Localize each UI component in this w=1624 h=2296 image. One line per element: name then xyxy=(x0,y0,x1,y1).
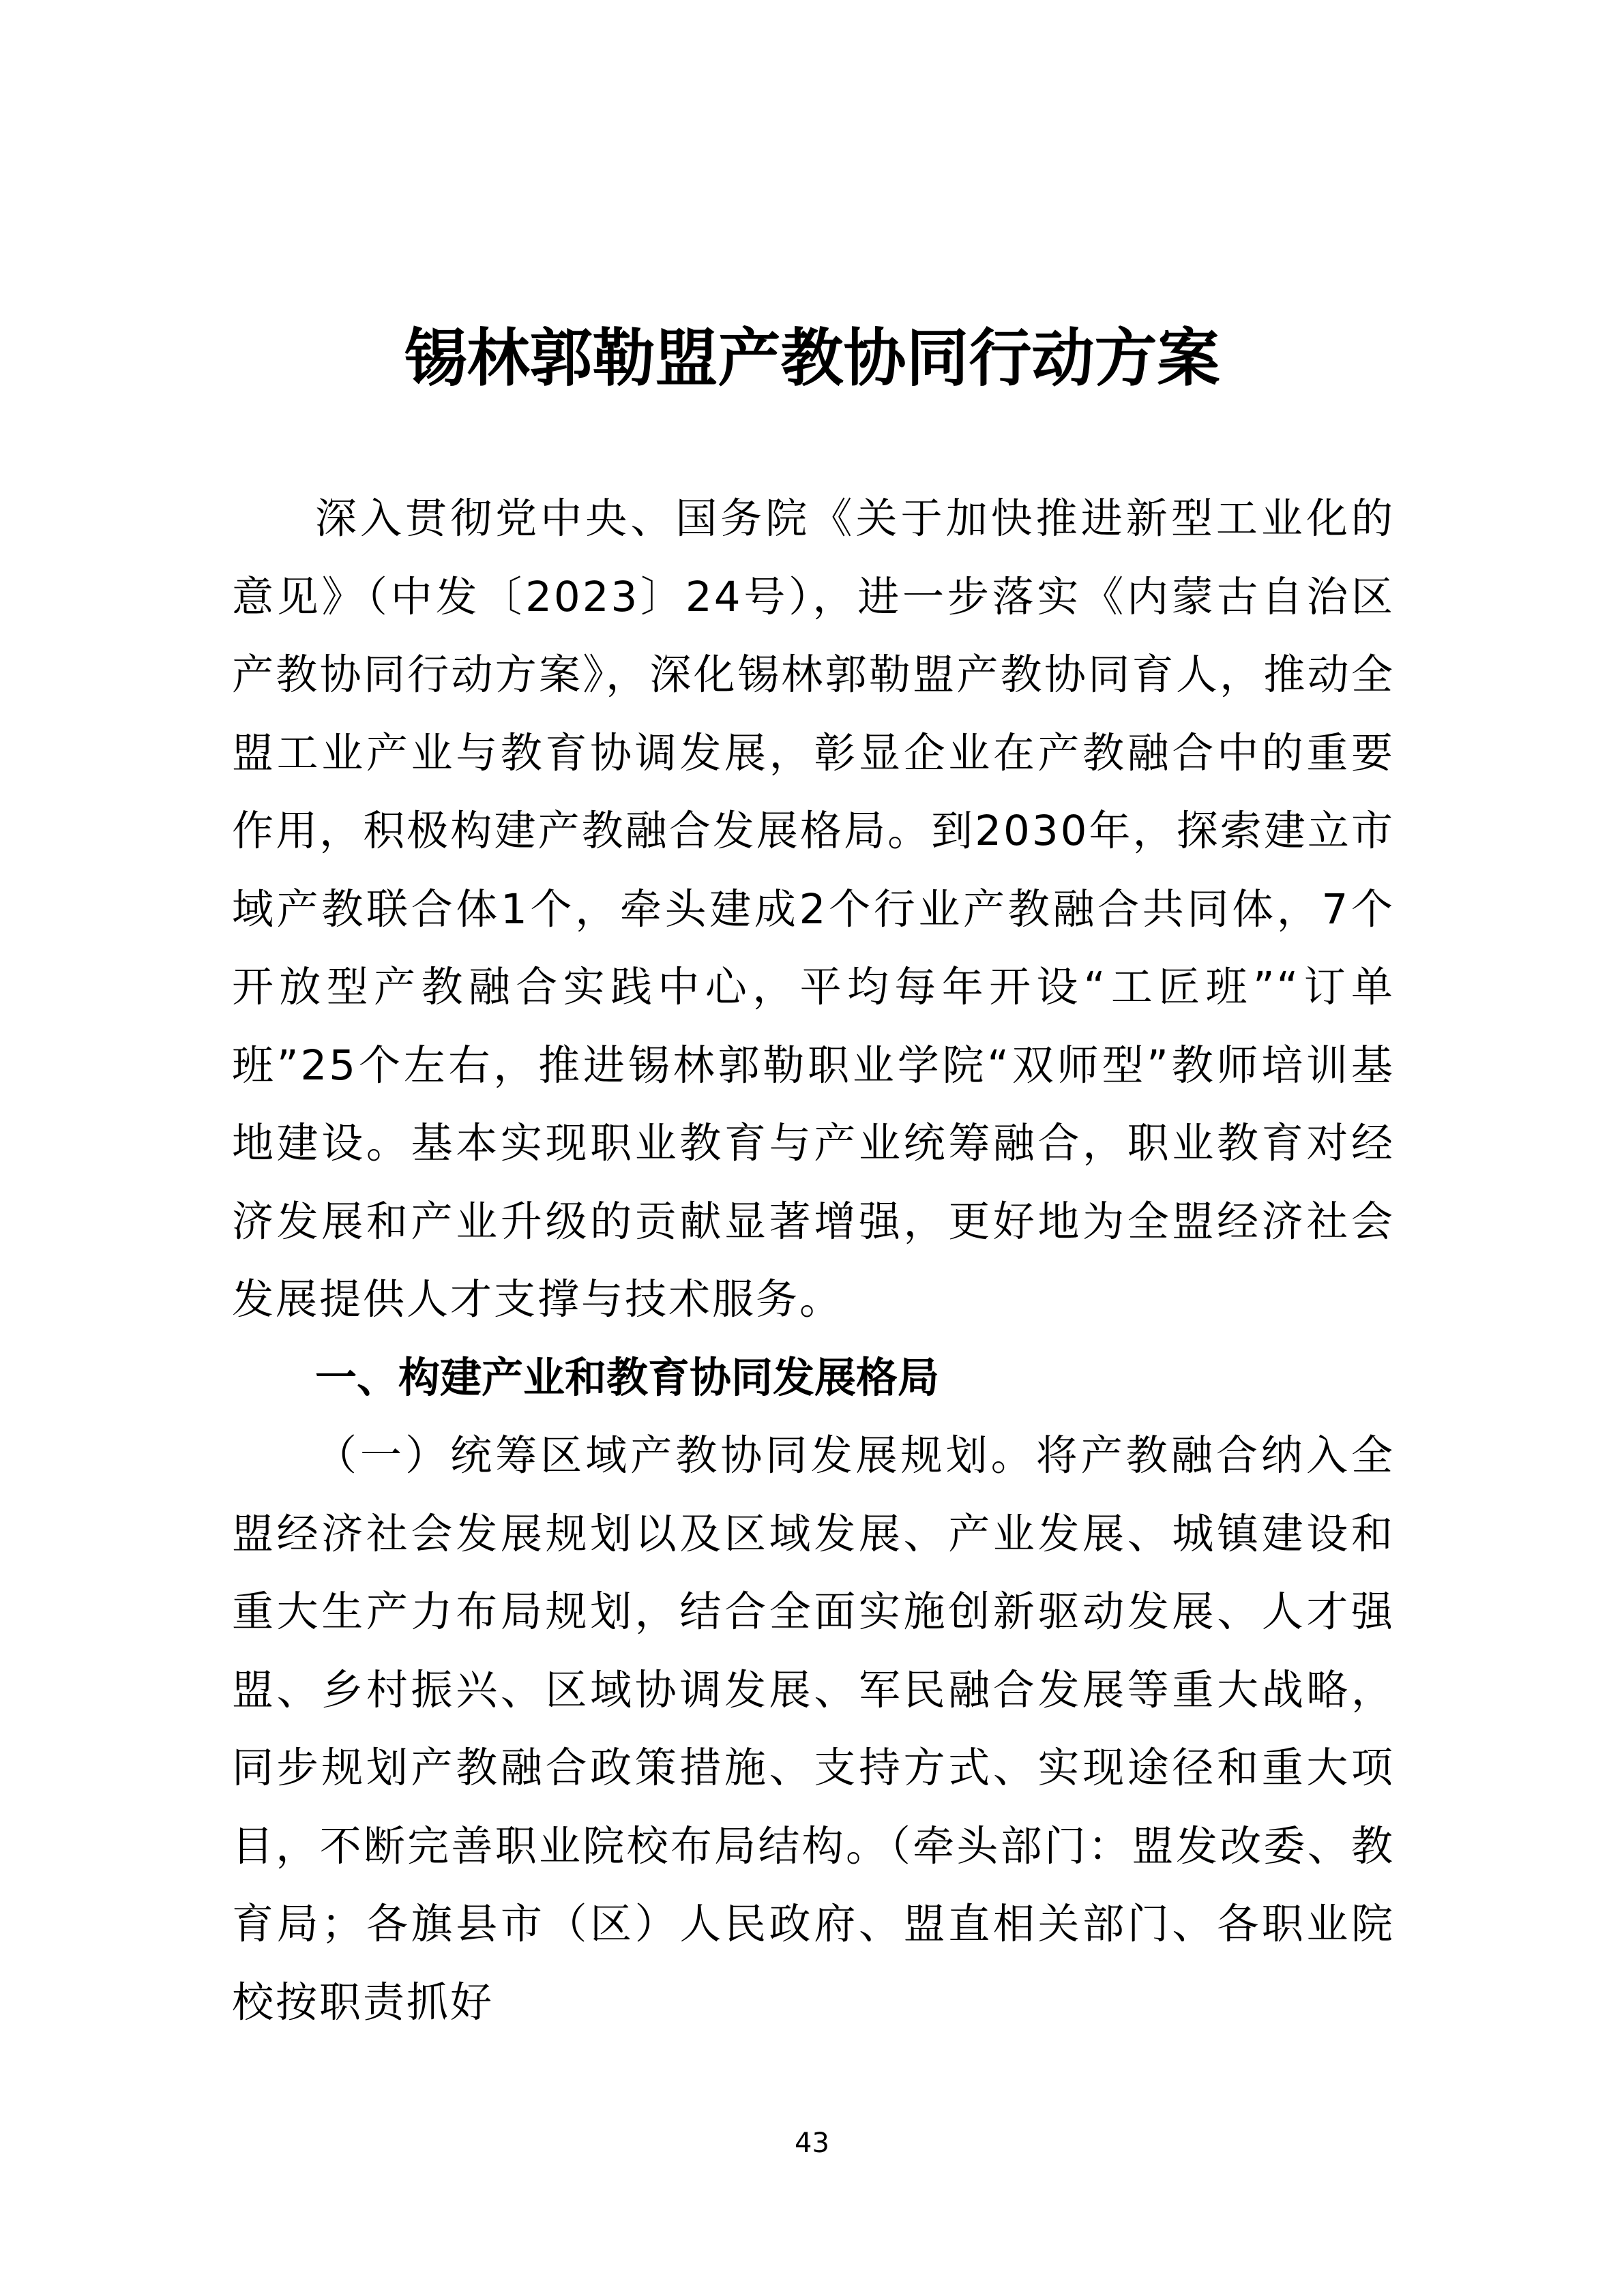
section-heading-1: 一、构建产业和教育协同发展格局 xyxy=(232,1339,1395,1418)
intro-paragraph: 深入贯彻党中央、国务院《关于加快推进新型工业化的意见》（中发〔2023〕24号）… xyxy=(232,480,1395,1339)
section-1-item-1: （一）统筹区域产教协同发展规划。将产教融合纳入全盟经济社会发展规划以及区域发展、… xyxy=(232,1417,1395,2042)
document-page: 锡林郭勒盟产教协同行动方案 深入贯彻党中央、国务院《关于加快推进新型工业化的意见… xyxy=(0,0,1624,2296)
page-number: 43 xyxy=(0,2126,1624,2160)
document-body: 深入贯彻党中央、国务院《关于加快推进新型工业化的意见》（中发〔2023〕24号）… xyxy=(232,480,1395,2042)
document-title: 锡林郭勒盟产教协同行动方案 xyxy=(0,314,1624,402)
